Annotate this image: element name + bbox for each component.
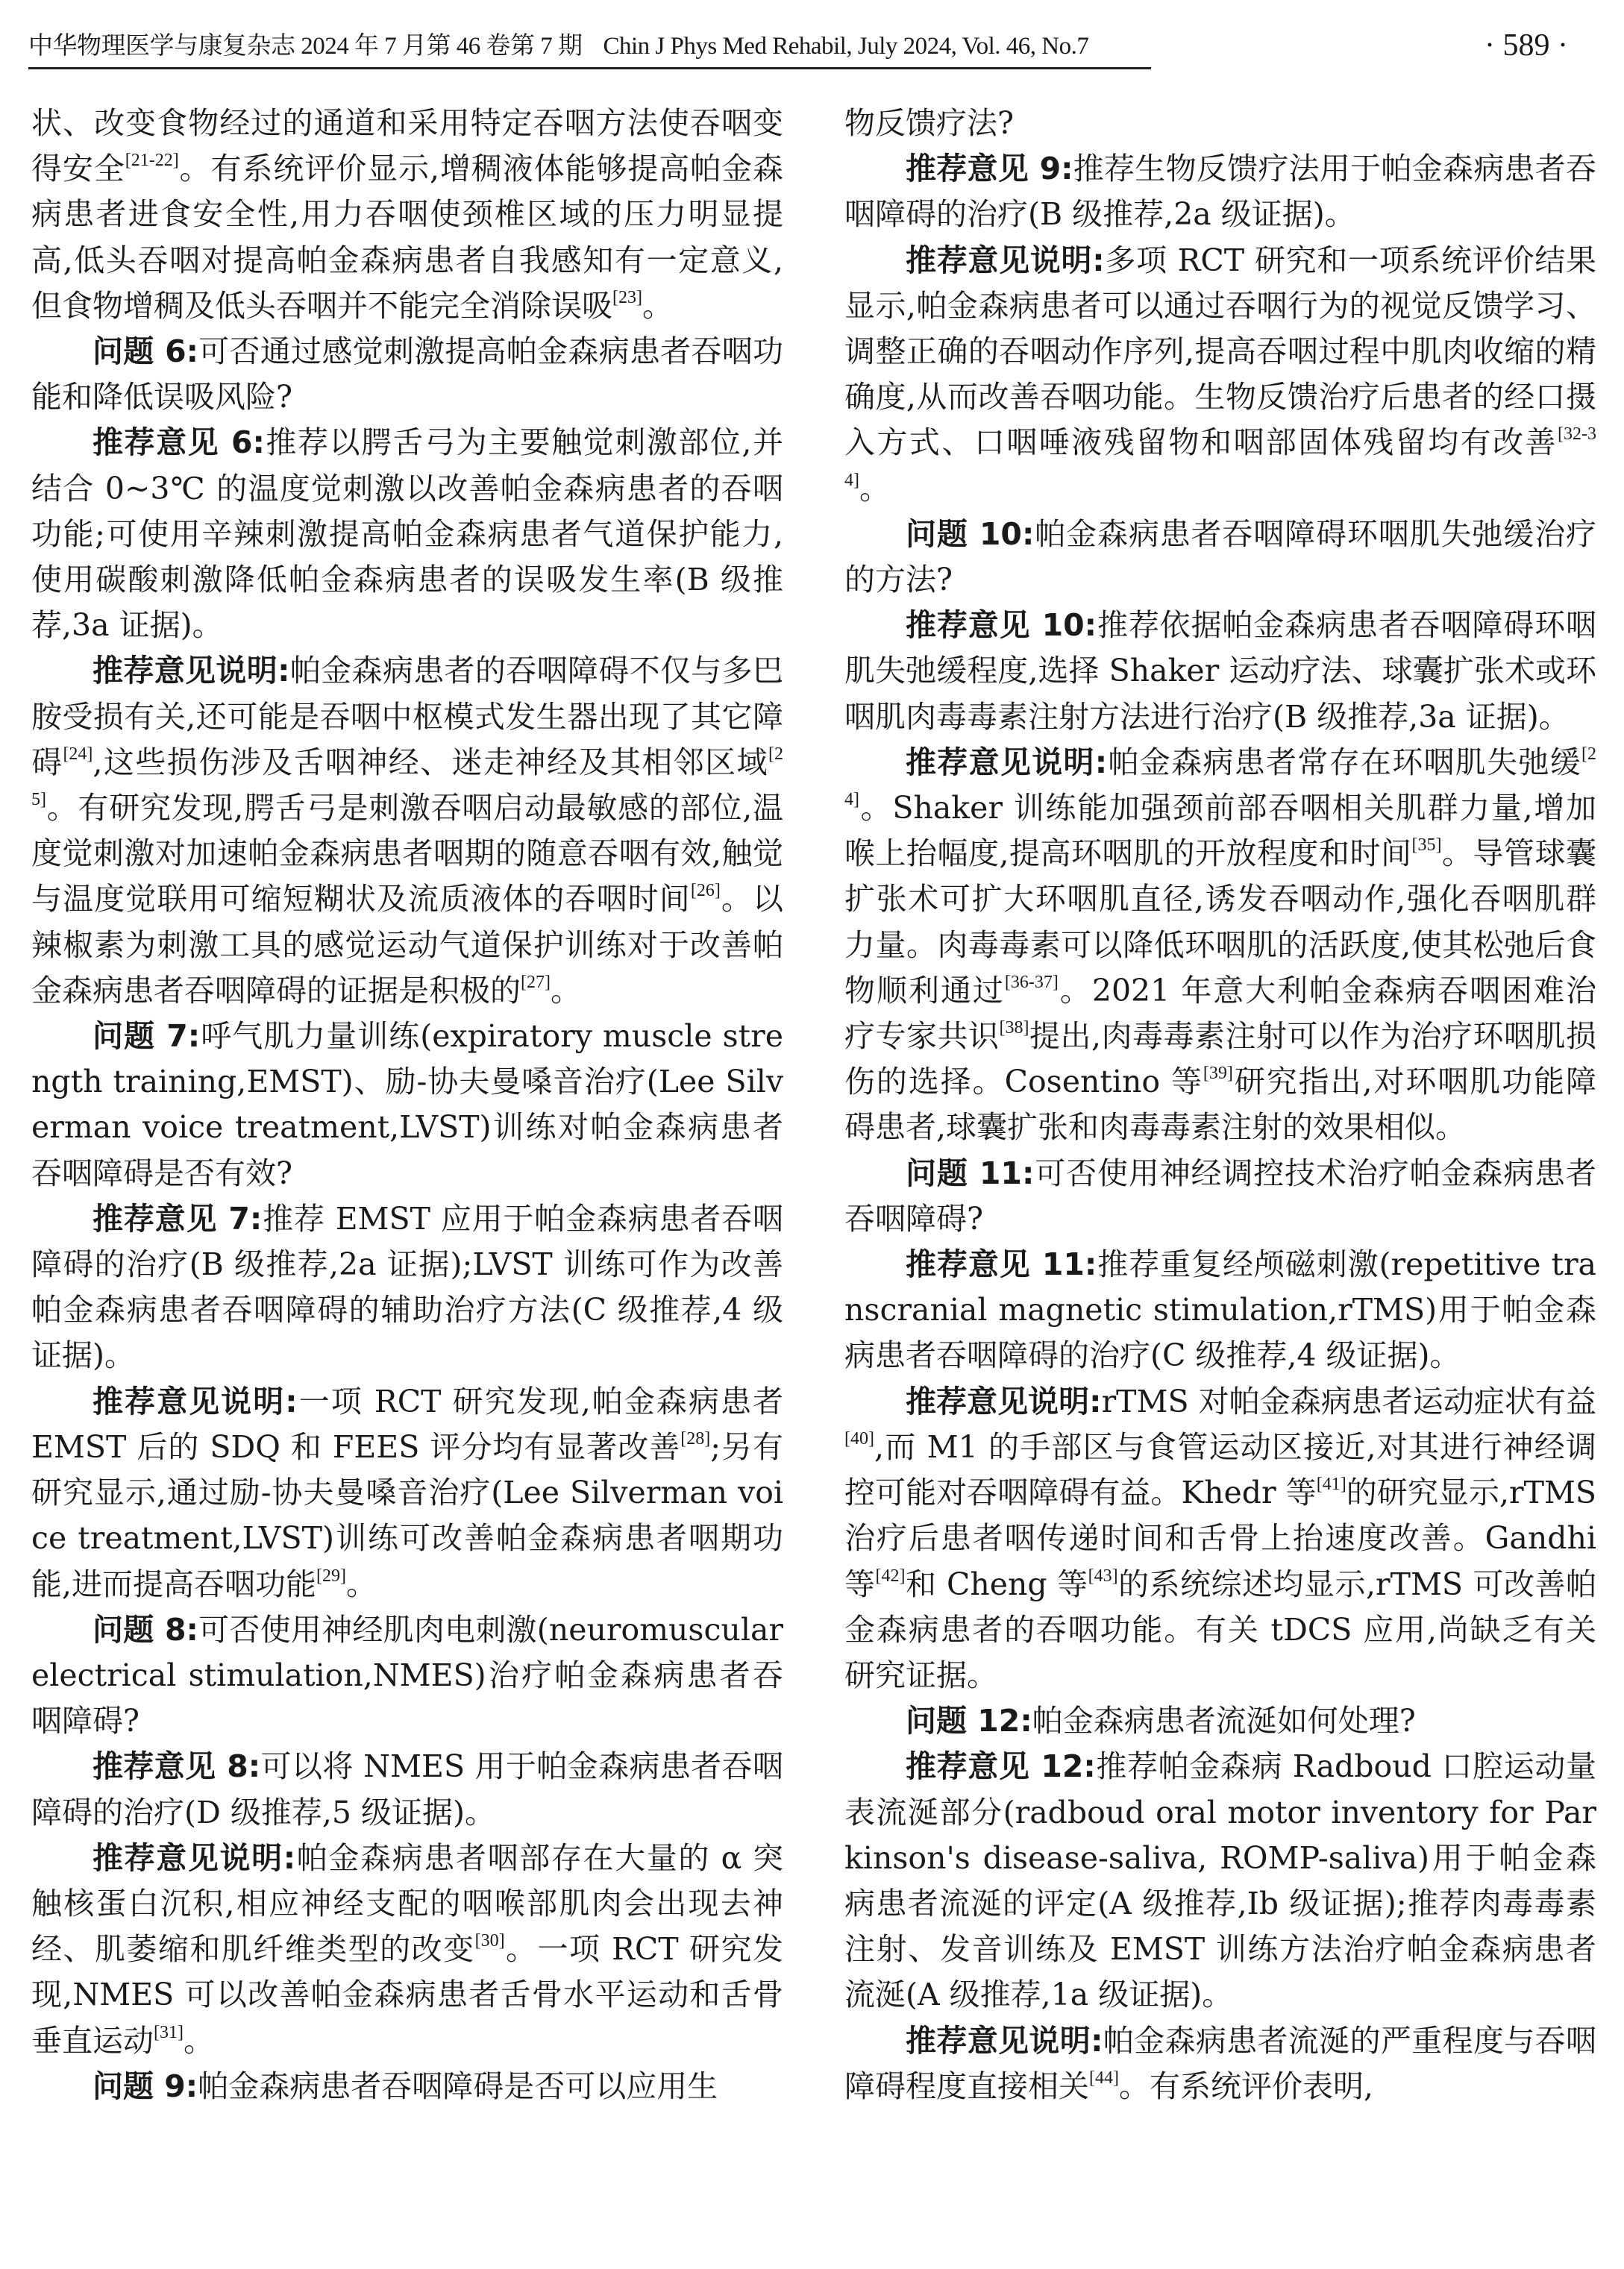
recommendation-label: 推荐意见 6: xyxy=(93,424,265,460)
citation[interactable]: [21-22] xyxy=(125,151,179,170)
recommendation-label: 推荐意见 12: xyxy=(906,1748,1096,1784)
recommendation-label: 推荐意见 11: xyxy=(906,1246,1097,1282)
question-6: 问题 6:可否通过感觉刺激提高帕金森病患者吞咽功能和降低误吸风险? xyxy=(31,329,783,420)
citation[interactable]: [43] xyxy=(1088,1566,1118,1586)
citation[interactable]: [38] xyxy=(1000,1018,1029,1038)
recommendation-8: 推荐意见 8:可以将 NMES 用于帕金森病患者吞咽障碍的治疗(D 级推荐,5 … xyxy=(31,1744,783,1835)
citation[interactable]: [29] xyxy=(316,1566,346,1586)
citation[interactable]: [44] xyxy=(1089,2068,1119,2088)
citation[interactable]: [30] xyxy=(475,1931,505,1951)
citation[interactable]: [23] xyxy=(612,288,642,307)
recommendation-label: 推荐意见 7: xyxy=(93,1201,262,1237)
question-9: 问题 9:帕金森病患者吞咽障碍是否可以应用生 xyxy=(31,2064,783,2109)
explanation-label: 推荐意见说明: xyxy=(906,1384,1102,1419)
explanation-8: 推荐意见说明:帕金森病患者咽部存在大量的 α 突触核蛋白沉积,相应神经支配的咽喉… xyxy=(31,1836,783,2064)
question-label: 问题 10: xyxy=(906,516,1034,552)
explanation-6: 推荐意见说明:帕金森病患者的吞咽障碍不仅与多巴胺受损有关,还可能是吞咽中枢模式发… xyxy=(31,648,783,1014)
explanation-label: 推荐意见说明: xyxy=(93,653,289,688)
recommendation-label: 推荐意见 8: xyxy=(93,1748,260,1784)
paragraph-continuation: 状、改变食物经过的通道和采用特定吞咽方法使吞咽变得安全[21-22]。有系统评价… xyxy=(31,101,783,329)
recommendation-9: 推荐意见 9:推荐生物反馈疗法用于帕金森病患者吞咽障碍的治疗(B 级推荐,2a … xyxy=(844,146,1596,237)
citation[interactable]: [39] xyxy=(1203,1064,1233,1083)
explanation-label: 推荐意见说明: xyxy=(906,242,1105,278)
explanation-10: 推荐意见说明:帕金森病患者常存在环咽肌失弛缓[24]。Shaker 训练能加强颈… xyxy=(844,740,1596,1151)
citation[interactable]: [40] xyxy=(844,1429,874,1449)
recommendation-label: 推荐意见 9: xyxy=(906,151,1073,186)
citation[interactable]: [28] xyxy=(680,1429,710,1449)
question-label: 问题 11: xyxy=(906,1155,1034,1191)
citation[interactable]: [42] xyxy=(875,1566,905,1586)
explanation-9: 推荐意见说明:多项 RCT 研究和一项系统评价结果显示,帕金森病患者可以通过吞咽… xyxy=(844,238,1596,512)
question-8: 问题 8:可否使用神经肌肉电刺激(neuromuscular electrica… xyxy=(31,1607,783,1745)
citation[interactable]: [31] xyxy=(154,2023,184,2042)
explanation-11: 推荐意见说明:rTMS 对帕金森病患者运动症状有益[40],而 M1 的手部区与… xyxy=(844,1379,1596,1698)
recommendation-6: 推荐意见 6:推荐以腭舌弓为主要触觉刺激部位,并结合 0~3℃ 的温度觉刺激以改… xyxy=(31,420,783,648)
citation[interactable]: [41] xyxy=(1317,1475,1346,1494)
recommendation-label: 推荐意见 10: xyxy=(906,607,1097,643)
journal-title-en: Chin J Phys Med Rehabil, July 2024, Vol.… xyxy=(603,33,1089,60)
question-10: 问题 10:帕金森病患者吞咽障碍环咽肌失弛缓治疗的方法? xyxy=(844,512,1596,603)
recommendation-7: 推荐意见 7:推荐 EMST 应用于帕金森病患者吞咽障碍的治疗(B 级推荐,2a… xyxy=(31,1196,783,1379)
recommendation-11: 推荐意见 11:推荐重复经颅磁刺激(repetitive transcrania… xyxy=(844,1242,1596,1379)
question-label: 问题 9: xyxy=(93,2068,198,2104)
journal-title-cn: 中华物理医学与康复杂志 2024 年 7 月第 46 卷第 7 期 xyxy=(28,33,583,60)
question-label: 问题 12: xyxy=(906,1703,1032,1739)
question-11: 问题 11:可否使用神经调控技术治疗帕金森病患者吞咽障碍? xyxy=(844,1151,1596,1242)
citation[interactable]: [36-37] xyxy=(1005,973,1059,992)
question-9-continuation: 物反馈疗法? xyxy=(844,101,1596,146)
recommendation-12: 推荐意见 12:推荐帕金森病 Radboud 口腔运动量表流涎部分(radbou… xyxy=(844,1744,1596,2018)
left-column: 状、改变食物经过的通道和采用特定吞咽方法使吞咽变得安全[21-22]。有系统评价… xyxy=(31,101,783,2109)
question-label: 问题 7: xyxy=(93,1018,200,1054)
citation[interactable]: [35] xyxy=(1412,835,1442,855)
right-column: 物反馈疗法? 推荐意见 9:推荐生物反馈疗法用于帕金森病患者吞咽障碍的治疗(B … xyxy=(844,101,1596,2109)
explanation-label: 推荐意见说明: xyxy=(93,1840,295,1876)
explanation-label: 推荐意见说明: xyxy=(906,2023,1103,2059)
question-label: 问题 8: xyxy=(93,1612,198,1648)
explanation-label: 推荐意见说明: xyxy=(93,1384,298,1419)
question-7: 问题 7:呼气肌力量训练(expiratory muscle strength … xyxy=(31,1014,783,1196)
running-header: 中华物理医学与康复杂志 2024 年 7 月第 46 卷第 7 期Chin J … xyxy=(28,30,1151,69)
recommendation-10: 推荐意见 10:推荐依据帕金森病患者吞咽障碍环咽肌失弛缓程度,选择 Shaker… xyxy=(844,603,1596,740)
explanation-12: 推荐意见说明:帕金森病患者流涎的严重程度与吞咽障碍程度直接相关[44]。有系统评… xyxy=(844,2018,1596,2109)
explanation-7: 推荐意见说明:一项 RCT 研究发现,帕金森病患者 EMST 后的 SDQ 和 … xyxy=(31,1379,783,1607)
explanation-label: 推荐意见说明: xyxy=(906,744,1107,780)
citation[interactable]: [26] xyxy=(691,881,721,900)
question-12: 问题 12:帕金森病患者流涎如何处理? xyxy=(844,1698,1596,1744)
question-label: 问题 6: xyxy=(93,333,198,369)
citation[interactable]: [27] xyxy=(521,973,551,992)
citation[interactable]: [24] xyxy=(63,744,93,764)
page-number: · 589 · xyxy=(1485,28,1568,63)
